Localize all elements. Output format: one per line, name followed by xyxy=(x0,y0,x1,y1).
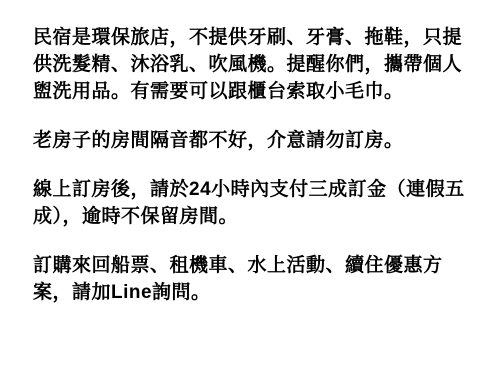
guesthouse-notice-page: 民宿是環保旅店，不提供牙刷、牙膏、拖鞋，只提供洗髮精、沐浴乳、吹風機。提醒你們，… xyxy=(0,0,500,375)
notice-paragraph-amenities: 民宿是環保旅店，不提供牙刷、牙膏、拖鞋，只提供洗髮精、沐浴乳、吹風機。提醒你們，… xyxy=(33,24,470,105)
notice-paragraph-line-contact: 訂購來回船票、租機車、水上活動、續住優惠方案，請加Line詢問。 xyxy=(33,252,470,306)
house-rules-text-block: 民宿是環保旅店，不提供牙刷、牙膏、拖鞋，只提供洗髮精、沐浴乳、吹風機。提醒你們，… xyxy=(33,24,470,306)
notice-paragraph-soundproofing: 老房子的房間隔音都不好，介意請勿訂房。 xyxy=(33,127,470,154)
notice-paragraph-deposit: 線上訂房後，請於24小時內支付三成訂金（連假五成），逾時不保留房間。 xyxy=(33,176,470,230)
